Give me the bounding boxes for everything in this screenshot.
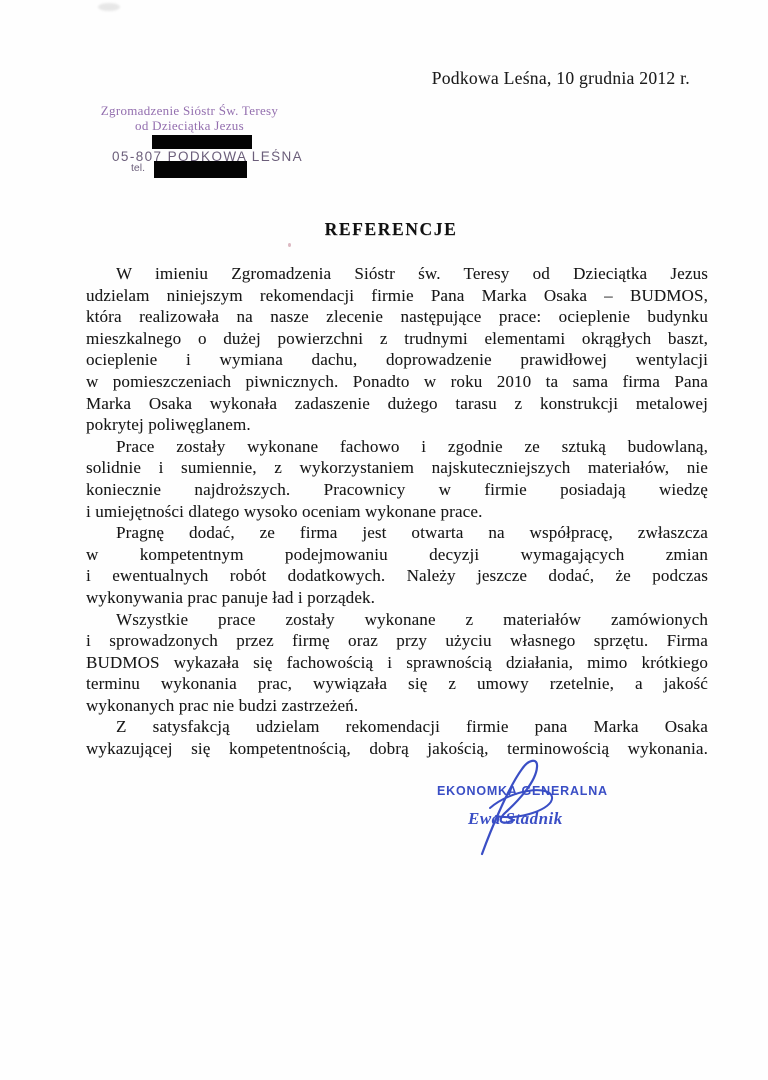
- date-line: Podkowa Leśna, 10 grudnia 2012 r.: [432, 68, 690, 89]
- paragraph-line: i umiejętności dlatego wysoko oceniam wy…: [86, 501, 708, 523]
- redaction-bar-phone: [154, 161, 247, 178]
- paragraph-line: terminu wykonania prac, wywiązała się z …: [86, 673, 708, 695]
- signature-stroke-main: [482, 761, 537, 854]
- paragraph-line: ocieplenie i wymiana dachu, doprowadzeni…: [86, 349, 708, 371]
- paragraph-line: wykonywania prac panuje ład i porządek.: [86, 587, 708, 609]
- paragraph-line: Marka Osaka wykonała zadaszenie dużego t…: [86, 393, 708, 415]
- paragraph-line: pokrytej poliwęglanem.: [86, 414, 708, 436]
- scan-smudge: [98, 3, 120, 11]
- sender-stamp: Zgromadzenie Sióstr Św. Teresy od Dzieci…: [97, 103, 282, 133]
- paragraph-line: solidnie i sumiennie, z wykorzystaniem n…: [86, 457, 708, 479]
- sender-stamp-tel-label: tel.: [131, 162, 145, 174]
- paragraph-line: koniecznie najdroższych. Pracownicy w fi…: [86, 479, 708, 501]
- paragraph: W imieniu Zgromadzenia Sióstr św. Teresy…: [86, 263, 708, 436]
- letter-body: W imieniu Zgromadzenia Sióstr św. Teresy…: [86, 263, 708, 760]
- paragraph-line: mieszkalnego o dużej powierzchni z trudn…: [86, 328, 708, 350]
- sender-stamp-org-line2: od Dzieciątka Jezus: [97, 118, 282, 133]
- paragraph-line: udzielam niniejszym rekomendacji firmie …: [86, 285, 708, 307]
- paragraph-line: i ewentualnych robót dodatkowych. Należy…: [86, 565, 708, 587]
- paragraph: Z satysfakcją udzielam rekomendacji firm…: [86, 716, 708, 759]
- sender-stamp-org-line1: Zgromadzenie Sióstr Św. Teresy: [97, 103, 282, 118]
- handwritten-signature-icon: [458, 756, 588, 858]
- paragraph-line: i sprowadzonych przez firmę oraz przy uż…: [86, 630, 708, 652]
- paragraph-line: Wszystkie prace zostały wykonane z mater…: [86, 609, 708, 631]
- paragraph-line: Prace zostały wykonane fachowo i zgodnie…: [86, 436, 708, 458]
- paragraph: Pragnę dodać, ze firma jest otwarta na w…: [86, 522, 708, 608]
- paragraph-line: która realizowała na nasze zlecenie nast…: [86, 306, 708, 328]
- paragraph-line: w kompetentnym podejmowaniu decyzji wyma…: [86, 544, 708, 566]
- scan-speck: [288, 243, 291, 247]
- signature-name: Ewa Stadnik: [468, 809, 563, 829]
- paragraph-line: Pragnę dodać, ze firma jest otwarta na w…: [86, 522, 708, 544]
- paragraph-line: w pomieszczeniach piwnicznych. Ponadto w…: [86, 371, 708, 393]
- redaction-bar-address: [152, 135, 252, 149]
- signature-role-stamp: EKONOMKA GENERALNA: [437, 784, 608, 798]
- paragraph: Prace zostały wykonane fachowo i zgodnie…: [86, 436, 708, 522]
- paragraph: Wszystkie prace zostały wykonane z mater…: [86, 609, 708, 717]
- paragraph-line: W imieniu Zgromadzenia Sióstr św. Teresy…: [86, 263, 708, 285]
- document-title: REFERENCJE: [0, 219, 768, 240]
- paragraph-line: Z satysfakcją udzielam rekomendacji firm…: [86, 716, 708, 738]
- scanned-letter-page: Podkowa Leśna, 10 grudnia 2012 r. Zgroma…: [0, 0, 768, 1080]
- paragraph-line: wykazującej się kompetentnością, dobrą j…: [86, 738, 708, 760]
- paragraph-line: wykonanych prac nie budzi zastrzeżeń.: [86, 695, 708, 717]
- paragraph-line: BUDMOS wykazała się fachowością i sprawn…: [86, 652, 708, 674]
